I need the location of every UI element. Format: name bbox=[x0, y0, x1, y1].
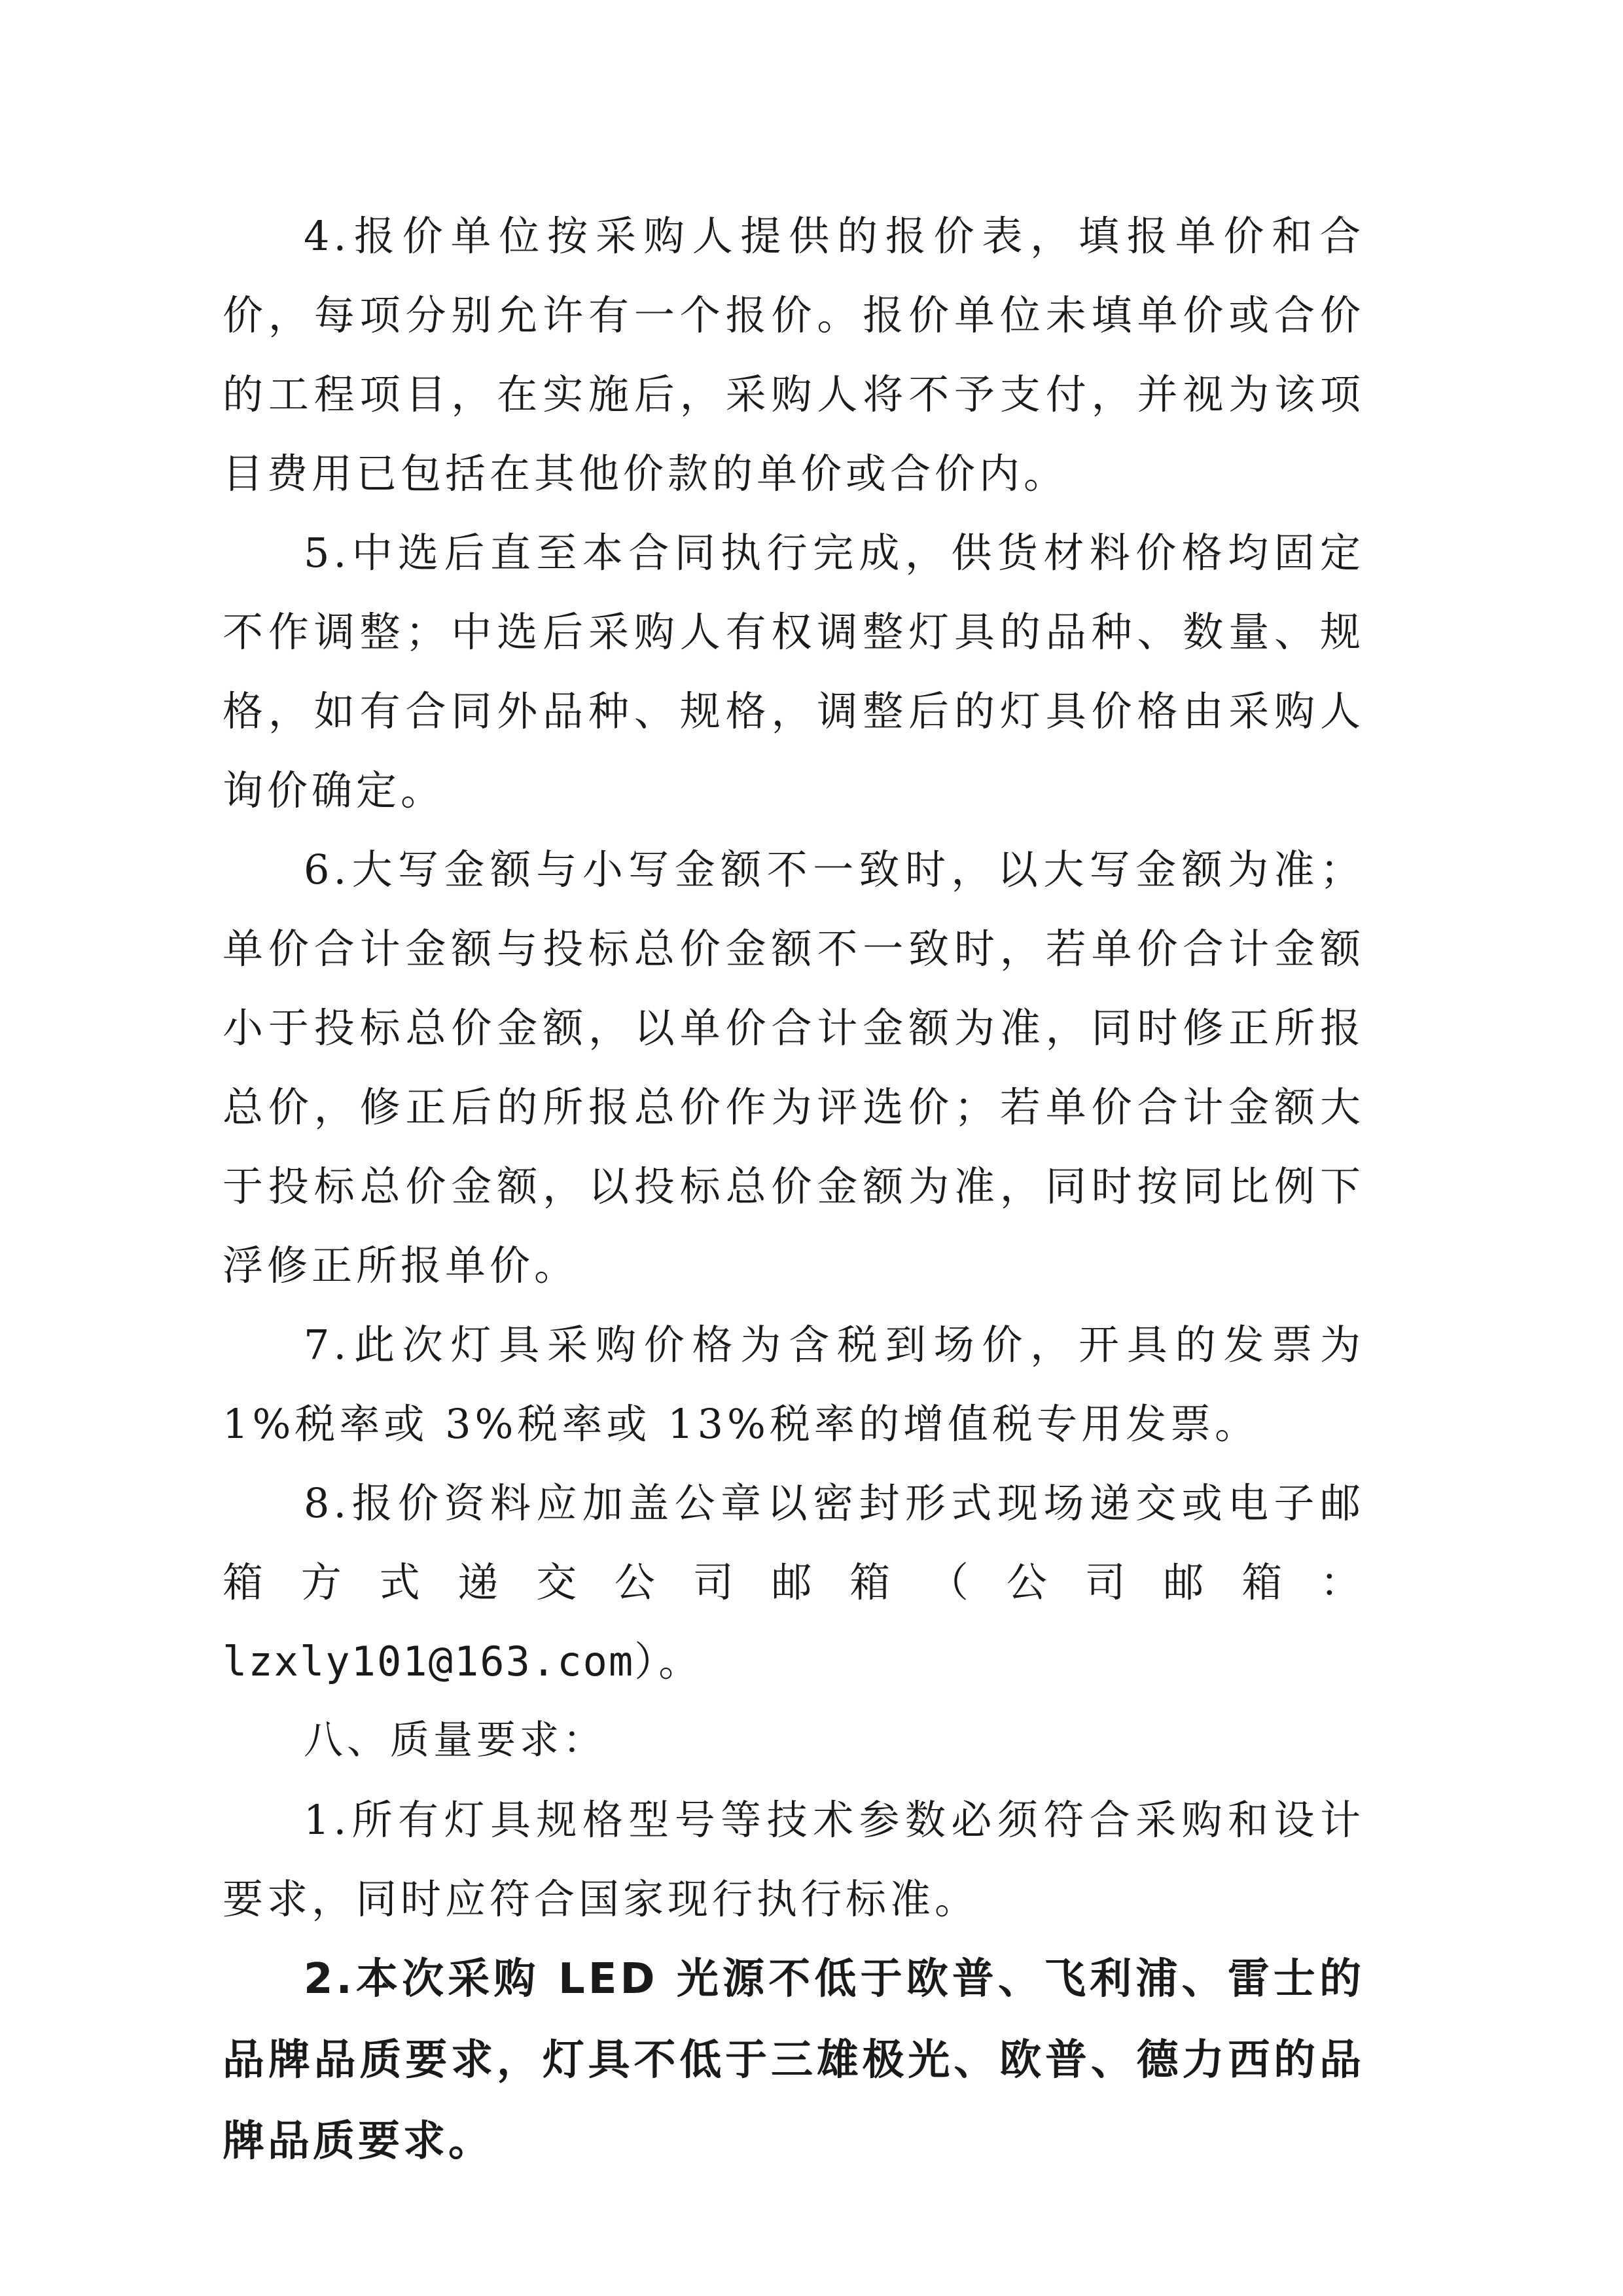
company-email: lzxly101@163.com bbox=[223, 1638, 634, 1685]
paragraph-quality-1: 1.所有灯具规格型号等技术参数必须符合采购和设计要求，同时应符合国家现行执行标准… bbox=[223, 1780, 1364, 1939]
section-heading-quality: 八、质量要求： bbox=[223, 1701, 1364, 1780]
paragraph-item-5: 5.中选后直至本合同执行完成，供货材料价格均固定不作调整；中选后采购人有权调整灯… bbox=[223, 513, 1364, 830]
paragraph-item-6: 6.大写金额与小写金额不一致时，以大写金额为准；单价合计金额与投标总价金额不一致… bbox=[223, 830, 1364, 1305]
paragraph-item-7: 7.此次灯具采购价格为含税到场价，开具的发票为 1%税率或 3%税率或 13%税… bbox=[223, 1305, 1364, 1463]
paragraph-quality-2: 2.本次采购 LED 光源不低于欧普、飞利浦、雷士的品牌品质要求，灯具不低于三雄… bbox=[223, 1939, 1364, 2182]
item-8-text-end: ）。 bbox=[634, 1638, 703, 1685]
paragraph-item-8: 8.报价资料应加盖公章以密封形式现场递交或电子邮箱方式递交公司邮箱（公司邮箱：l… bbox=[223, 1463, 1364, 1701]
item-8-text: 8.报价资料应加盖公章以密封形式现场递交或电子邮箱方式递交公司邮箱（公司邮箱： bbox=[223, 1479, 1364, 1606]
paragraph-item-4: 4.报价单位按采购人提供的报价表，填报单价和合价，每项分别允许有一个报价。报价单… bbox=[223, 196, 1364, 513]
document-page: 4.报价单位按采购人提供的报价表，填报单价和合价，每项分别允许有一个报价。报价单… bbox=[223, 196, 1364, 2182]
